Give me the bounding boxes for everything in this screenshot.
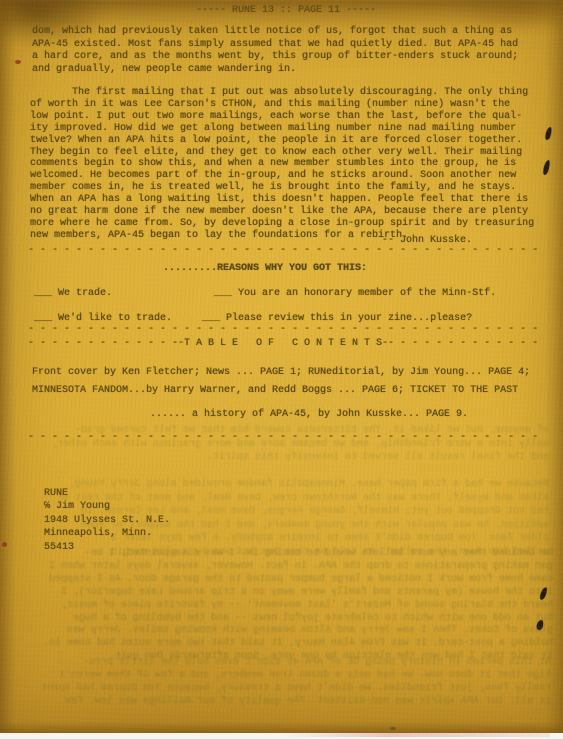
- body-paragraph-1: dom, which had previously taken little n…: [32, 26, 518, 77]
- mailing-address-block: RUNE ℅ Jim Young 1948 Ulysses St. N.E. M…: [44, 487, 170, 554]
- reasons-row-1: ___ We trade. ___ You are an honorary me…: [34, 288, 496, 300]
- table-of-contents-line-3: ...... a history of APA-45, by John Kuss…: [150, 409, 468, 421]
- red-speck-left-mid: [2, 542, 7, 547]
- body-paragraph-2: The first mailing that I put out was abs…: [30, 87, 534, 242]
- bottom-edge-shading: [0, 721, 563, 733]
- table-of-contents-rule: - - - - - - - - - - - - --T A B L E O F …: [28, 338, 538, 350]
- scanned-fanzine-page: of anyone, but we liked it. The bitterne…: [0, 0, 563, 733]
- table-of-contents-line-2: MINNESOTA FANDOM...by Harry Warner, and …: [32, 385, 518, 397]
- page-header: ----- RUNE 13 :: PAGE 11 -----: [196, 5, 376, 17]
- bleedthrough-text-lower: At this period in history being OE of AP…: [22, 656, 551, 708]
- dashed-separator-2: - - - - - - - - - - - - - - - - - - - - …: [28, 324, 538, 336]
- dashed-separator-3: - - - - - - - - - - - - - - - - - - - - …: [28, 432, 538, 444]
- ink-mark-right-upper-1: [545, 127, 553, 141]
- table-of-contents-line-1: Front cover by Ken Fletcher; News ... PA…: [32, 361, 530, 385]
- reasons-heading: .........REASONS WHY YOU GOT THIS:: [163, 263, 367, 275]
- ink-mark-right-upper-2: [542, 160, 550, 176]
- left-edge-shading: [0, 0, 16, 733]
- dark-speck-bottom: [390, 727, 396, 730]
- scan-edge-tint: [280, 733, 550, 737]
- red-speck-left-top: [15, 60, 21, 64]
- dashed-separator-1: - - - - - - - - - - - - - - - - - - - - …: [28, 245, 538, 257]
- bleedthrough-text-middle: he decided that any more ballots would b…: [30, 548, 553, 664]
